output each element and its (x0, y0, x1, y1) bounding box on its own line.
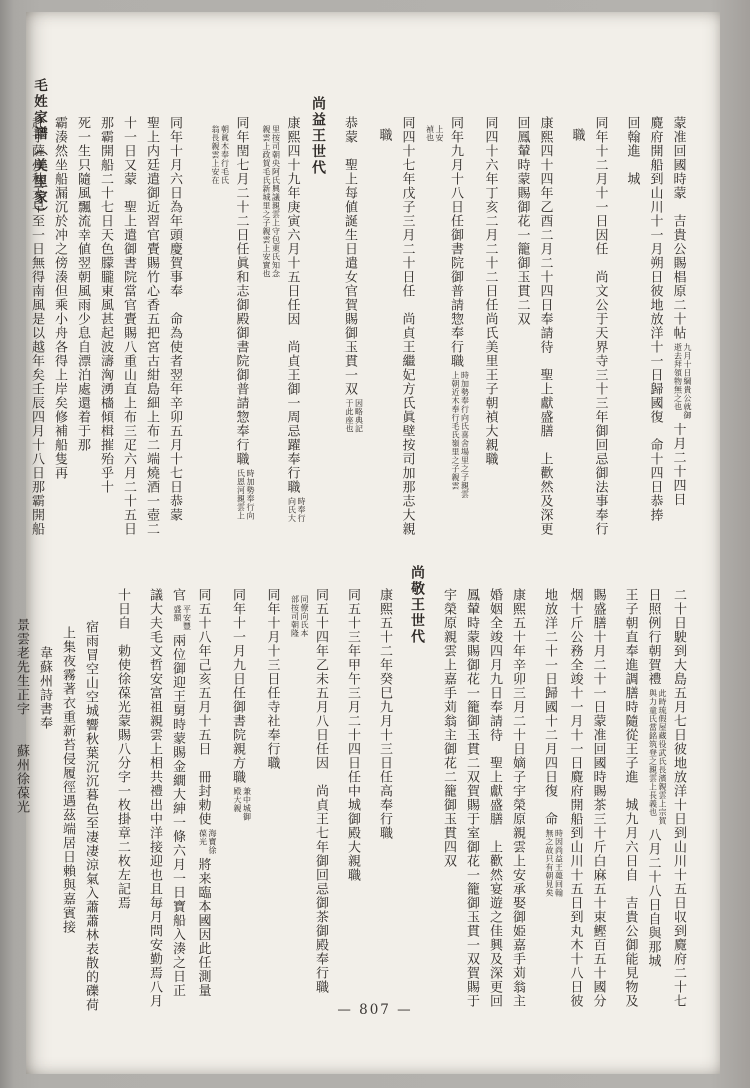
text-column: 康熙五十年辛卯三月二十日嫡子宇榮原親雲上安承娶御姫嘉手苅翁主 (506, 588, 529, 1018)
text-column: 蒙准回國時蒙 吉貴公賜椙原二十帖九月十日綱貴公就御逝去拜領物無之也十月二十四日 (667, 116, 693, 548)
text-column: 王子朝直奉進調膳時隨從王子進 城九月六日自 吉貴公御能見物及 (619, 588, 642, 1018)
inline-annotation: 九月十日綱貴公就御逝去拜領物無之也 (673, 343, 692, 420)
section-heading: 尚敬王世代 (405, 565, 428, 1018)
inline-annotation: 平安豐盛額 (173, 605, 192, 631)
inline-annotation: 海寶徐葆光 (198, 829, 217, 855)
text-column: 上集夜霧著衣重新苔侵履徑遇茲端居日賴與嘉賓接 (56, 626, 79, 1018)
text-column: 職 (373, 128, 396, 548)
inline-annotation: 時奉行向氏大 (287, 497, 306, 523)
text-column: 那霸開船二十七日天色朦朧東風甚起波濤洶湧檣傾楫摧殆乎十 (94, 116, 117, 548)
inline-annotation: 上安禎也 (425, 125, 444, 142)
text-column: 里按司朝央阿氏興議親雲上守包東氏知念親雲上政賀毛氏新城里之子親雲上安實也 (255, 122, 281, 548)
text-column: 烟十斤公務全竣十一月十一日麑府開船到山川十五日到丸木十八日彼 (564, 588, 587, 1018)
inline-annotation: 兼中城御殿大親 (233, 787, 252, 821)
text-column: 宿雨冒空山空城響秋葉沉沉暮色至凄凄涼氣入蕭蕭林表散的礫荷 (79, 620, 102, 1018)
text-column: 地放洋二十一日歸國十二月四日復 命時因尚益王薨回翰無之故只有朝見矣 (538, 588, 564, 1018)
text-column: 日照例行朝賀禮此時琉假屋藏役武氏長濱親雲上宗賀與力童氏當銘筑登之親雲上長義也八月… (642, 588, 668, 1018)
inline-annotation: 時加勢奉行向氏喜舍場里之子親雲上朝近木奉行毛氏嶺里之子親雲 (451, 371, 470, 499)
text-column: 死一生只隨風飄流幸値翌朝風雨少息自漂泊處還着于那 (71, 116, 94, 548)
text-column: 賜盛膳十月二十一日蒙准回國時賜茶三十斤白麻五十束鰹百五十國分 (587, 588, 610, 1018)
text-column: 韋蘇州詩書奉 (33, 646, 56, 1018)
page-number: — 807 — (0, 1002, 750, 1018)
text-column: 麑府開船到山川十一月朔日彼地放洋十一日歸國復 命十四日恭捧 (644, 116, 667, 548)
inline-annotation: 同僚向氏本部按司朝隆 (290, 595, 309, 638)
text-column: 同五十四年乙未五月八日任因 尚貞王七年御回忌御茶御殿奉行職 (309, 588, 332, 1018)
text-column: 議大夫毛文哲安富祖親雲上相共禮出中洋接迎也且毎月問安勤焉八月 (143, 588, 166, 1018)
text-column: 同年十月十三日任寺社奉行職 (261, 588, 284, 1018)
text-column: 同四十六年丁亥二月二十二日任尚氏美里王子朝禎大親職 (479, 116, 502, 548)
text-column: 十日自 勅使徐葆光蒙賜八分字一枚掛章二枚左記焉 (111, 588, 134, 1018)
text-column: 赴于薩州秋天早至一日無得南風是以越年矣壬辰四月十八日那霸開船 (25, 116, 48, 548)
inline-annotation: 朝眞木奉行毛氏翁長親雲上安在 (211, 125, 230, 185)
inline-annotation: 此時琉假屋藏役武氏長濱親雲上宗賀與力童氏當銘筑登之親雲上長義也 (648, 689, 667, 825)
section-heading: 尚益王世代 (306, 96, 329, 548)
text-column: 霸湊然坐船漏沉於冲之傍湊但乘小舟各得上岸矣修補船隻再 (48, 116, 71, 548)
inline-annotation: 因略典記于此座也 (345, 399, 364, 433)
text-column: 同年十二月十一日因任 尚文公于天界寺三十三年御回忌御法事奉行 (589, 116, 612, 548)
text-column: 職 (566, 128, 589, 548)
text-column: 同僚向氏本部按司朝隆 (284, 592, 310, 1018)
text-column: 十一日又蒙 聖上遣御書院當官賷賜八重山直上布三疋六月二十五日 (117, 116, 140, 548)
text-column: 同年九月十八日任御書院御普請惣奉行職時加勢奉行向氏喜舍場里之子親雲上朝近木奉行毛… (444, 116, 470, 548)
text-column: 景雲老先生正字 蘇州徐葆光 (10, 618, 33, 1018)
text-column: 回鳳輦時蒙賜御花一籠御玉貫二双 (511, 116, 534, 548)
inline-annotation: 時加勢奉行向氏恩河親雲上 (236, 469, 255, 520)
text-column: 同五十三年甲午三月二十四日任中城御殿大親職 (341, 588, 364, 1018)
text-column: 朝眞木奉行毛氏翁長親雲上安在 (204, 122, 230, 548)
text-column: 同年十月六日為年頭慶賀事奉 命為使者翌年辛卯五月十七日恭蒙 (163, 116, 186, 548)
text-column: 婚姻全竣四月九日奉請待 聖上獻盛膳 上歡然宴遊之佳興及深更回 (483, 588, 506, 1018)
text-column: 同年十一月九日任御書院親方職兼中城御殿大親 (226, 588, 252, 1018)
scan-background: 毛姓家譜（美里家） 蒙准回國時蒙 吉貴公賜椙原二十帖九月十日綱貴公就御逝去拜領物… (0, 0, 750, 1088)
text-column: 二十日駛到大島五月七日彼地放洋十日到山川十五日収到麑府二十七 (667, 588, 690, 1018)
text-column: 宇榮原親雲上嘉手苅翁主御花二籠御玉貫四双 (437, 588, 460, 1018)
inline-annotation: 時因尚益王薨回翰無之故只有朝見矣 (545, 829, 564, 897)
text-column: 官平安豐盛額兩位御迎王舅時蒙賜金繝大紳一條六月一日寶船入湊之日正 (166, 588, 192, 1018)
text-column: 恭蒙 聖上每値誕生日遣女官賀賜御玉貫一双因略典記于此座也 (338, 116, 364, 548)
text-column: 聖上内廷遣御近習官賷賜竹心香五把宮古紺島細上布二端燒酒一壺二 (140, 116, 163, 548)
text-column: 同四十七年戊子三月二十日任 尚貞王繼妃方氏眞壁按司加那志大親 (396, 116, 419, 548)
text-column: 上安禎也 (419, 122, 445, 548)
text-column: 康熙四十九年庚寅六月十五日任因 尚貞王御一周忌躍奉行職時奉行向氏大 (281, 116, 307, 548)
register-top: 蒙准回國時蒙 吉貴公賜椙原二十帖九月十日綱貴公就御逝去拜領物無之也十月二十四日麑… (25, 96, 692, 548)
register-bottom: 二十日駛到大島五月七日彼地放洋十日到山川十五日収到麑府二十七日照例行朝賀禮此時琉… (10, 558, 690, 1018)
text-column: 康熙五十二年癸巳九月十三日任高奉行職 (373, 588, 396, 1018)
text-column: 同年閏七月二十二日任眞和志御殿御書院御普請惣奉行職時加勢奉行向氏恩河親雲上 (230, 116, 256, 548)
text-column: 鳳輦時蒙賜御花一籠御玉貫二双賀賜于室御花一籠御玉貫一双賀賜于 (460, 588, 483, 1018)
text-column: 同五十八年己亥五月十五日 冊封勅使海寶徐葆光將来臨本國因此任測量 (192, 588, 218, 1018)
text-column: 康熙四十四年乙酉二月二十四日奉請待 聖上獻盛膳 上歡然及深更 (534, 116, 557, 548)
inline-annotation: 里按司朝央阿氏興議親雲上守包東氏知念親雲上政賀毛氏新城里之子親雲上安實也 (262, 125, 281, 278)
text-column: 回翰進 城 (621, 116, 644, 548)
